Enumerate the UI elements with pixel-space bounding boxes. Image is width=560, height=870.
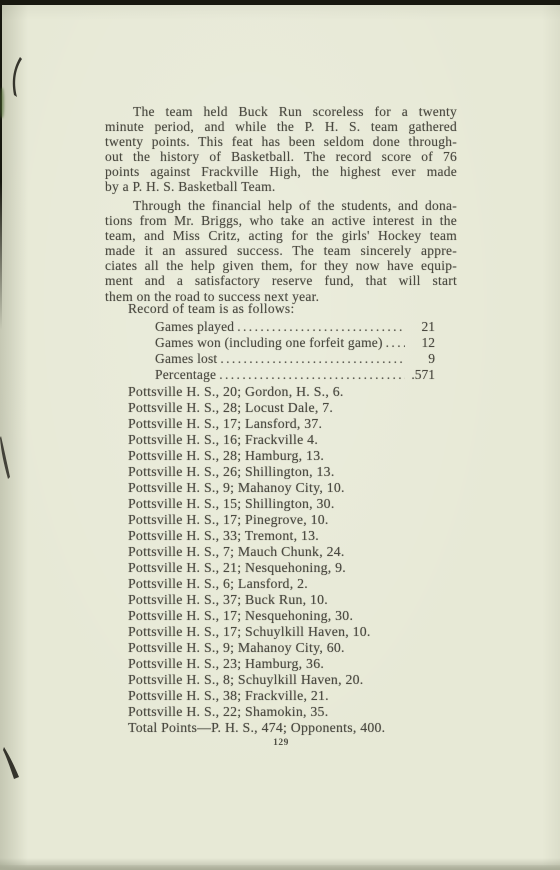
paragraph-line: made it an assured success. The team sin… — [105, 243, 457, 258]
paragraph-financial-help: Through the financial help of the studen… — [105, 198, 457, 304]
game-result-line: Pottsville H. S., 8; Schuylkill Haven, 2… — [128, 672, 458, 688]
game-result-line: Pottsville H. S., 7; Mauch Chunk, 24. — [128, 544, 458, 560]
record-stats-table: Games played ...........................… — [155, 319, 435, 383]
game-results-list: Pottsville H. S., 20; Gordon, H. S., 6. … — [128, 384, 458, 736]
scan-edge-left — [0, 0, 2, 330]
dot-leader: ........................................… — [216, 367, 405, 383]
binding-mark-top-icon — [9, 56, 23, 100]
paragraph-line: ciates all the help given them, for they… — [105, 258, 457, 273]
game-result-line: Pottsville H. S., 17; Schuylkill Haven, … — [128, 624, 458, 640]
game-result-line: Pottsville H. S., 20; Gordon, H. S., 6. — [128, 384, 458, 400]
paragraph-buck-run: The team held Buck Run scoreless for a t… — [105, 104, 457, 195]
paragraph-line: twenty points. This feat has been seldom… — [105, 134, 457, 149]
stat-label: Games played — [155, 319, 234, 335]
paragraph-line: minute period, and while the P. H. S. te… — [105, 119, 457, 134]
game-result-line: Pottsville H. S., 9; Mahanoy City, 60. — [128, 640, 458, 656]
stat-row-games-won: Games won (including one forfeit game) .… — [155, 335, 435, 351]
paragraph-line: points against Frackville High, the high… — [105, 164, 457, 179]
stat-row-percentage: Percentage .............................… — [155, 367, 435, 383]
stat-row-games-played: Games played ...........................… — [155, 319, 435, 335]
game-result-line: Pottsville H. S., 9; Mahanoy City, 10. — [128, 480, 458, 496]
game-result-line: Pottsville H. S., 33; Tremont, 13. — [128, 528, 458, 544]
game-result-line: Pottsville H. S., 21; Nesquehoning, 9. — [128, 560, 458, 576]
paragraph-line: by a P. H. S. Basketball Team. — [105, 179, 457, 194]
scan-artifact-smudge — [0, 88, 4, 118]
stat-value: 12 — [405, 335, 435, 351]
stat-label: Games lost — [155, 351, 217, 367]
scanned-document-page: The team held Buck Run scoreless for a t… — [0, 0, 560, 870]
stat-value: 9 — [405, 351, 435, 367]
stat-label: Percentage — [155, 367, 216, 383]
game-result-line: Pottsville H. S., 26; Shillington, 13. — [128, 464, 458, 480]
record-heading: Record of team is as follows: — [128, 301, 295, 317]
game-result-line: Pottsville H. S., 16; Frackville 4. — [128, 432, 458, 448]
dot-leader: ........................................… — [217, 351, 405, 367]
stat-value: .571 — [405, 367, 435, 383]
game-result-line: Pottsville H. S., 23; Hamburg, 36. — [128, 656, 458, 672]
game-result-line: Pottsville H. S., 17; Lansford, 37. — [128, 416, 458, 432]
game-result-line: Pottsville H. S., 6; Lansford, 2. — [128, 576, 458, 592]
paragraph-line: out the history of Basketball. The recor… — [105, 149, 457, 164]
game-result-line: Pottsville H. S., 22; Shamokin, 35. — [128, 704, 458, 720]
game-result-line: Pottsville H. S., 38; Frackville, 21. — [128, 688, 458, 704]
dot-leader: ........................................… — [234, 319, 405, 335]
game-result-line: Pottsville H. S., 28; Hamburg, 13. — [128, 448, 458, 464]
paragraph-line: ment and a satisfactory reserve fund, th… — [105, 273, 457, 288]
scan-edge-top — [0, 0, 560, 5]
page-number: 129 — [105, 738, 457, 748]
game-result-line: Pottsville H. S., 17; Pinegrove, 10. — [128, 512, 458, 528]
stat-value: 21 — [405, 319, 435, 335]
paragraph-line: team, and Miss Critz, acting for the gir… — [105, 228, 457, 243]
dot-leader: ........................................… — [383, 335, 405, 351]
paragraph-line: tions from Mr. Briggs, who take an activ… — [105, 213, 457, 228]
binding-mark-middle-icon — [0, 436, 12, 480]
game-result-line: Pottsville H. S., 17; Nesquehoning, 30. — [128, 608, 458, 624]
game-result-line: Pottsville H. S., 28; Locust Dale, 7. — [128, 400, 458, 416]
stat-row-games-lost: Games lost .............................… — [155, 351, 435, 367]
paragraph-line: The team held Buck Run scoreless for a t… — [105, 104, 457, 119]
paragraph-line: Through the financial help of the studen… — [105, 198, 457, 213]
game-result-line: Pottsville H. S., 37; Buck Run, 10. — [128, 592, 458, 608]
scan-edge-bottom — [0, 865, 560, 870]
game-result-line: Pottsville H. S., 15; Shillington, 30. — [128, 496, 458, 512]
total-points-line: Total Points—P. H. S., 474; Opponents, 4… — [128, 720, 458, 736]
stat-label: Games won (including one forfeit game) — [155, 335, 383, 351]
binding-mark-bottom-icon — [3, 746, 21, 782]
